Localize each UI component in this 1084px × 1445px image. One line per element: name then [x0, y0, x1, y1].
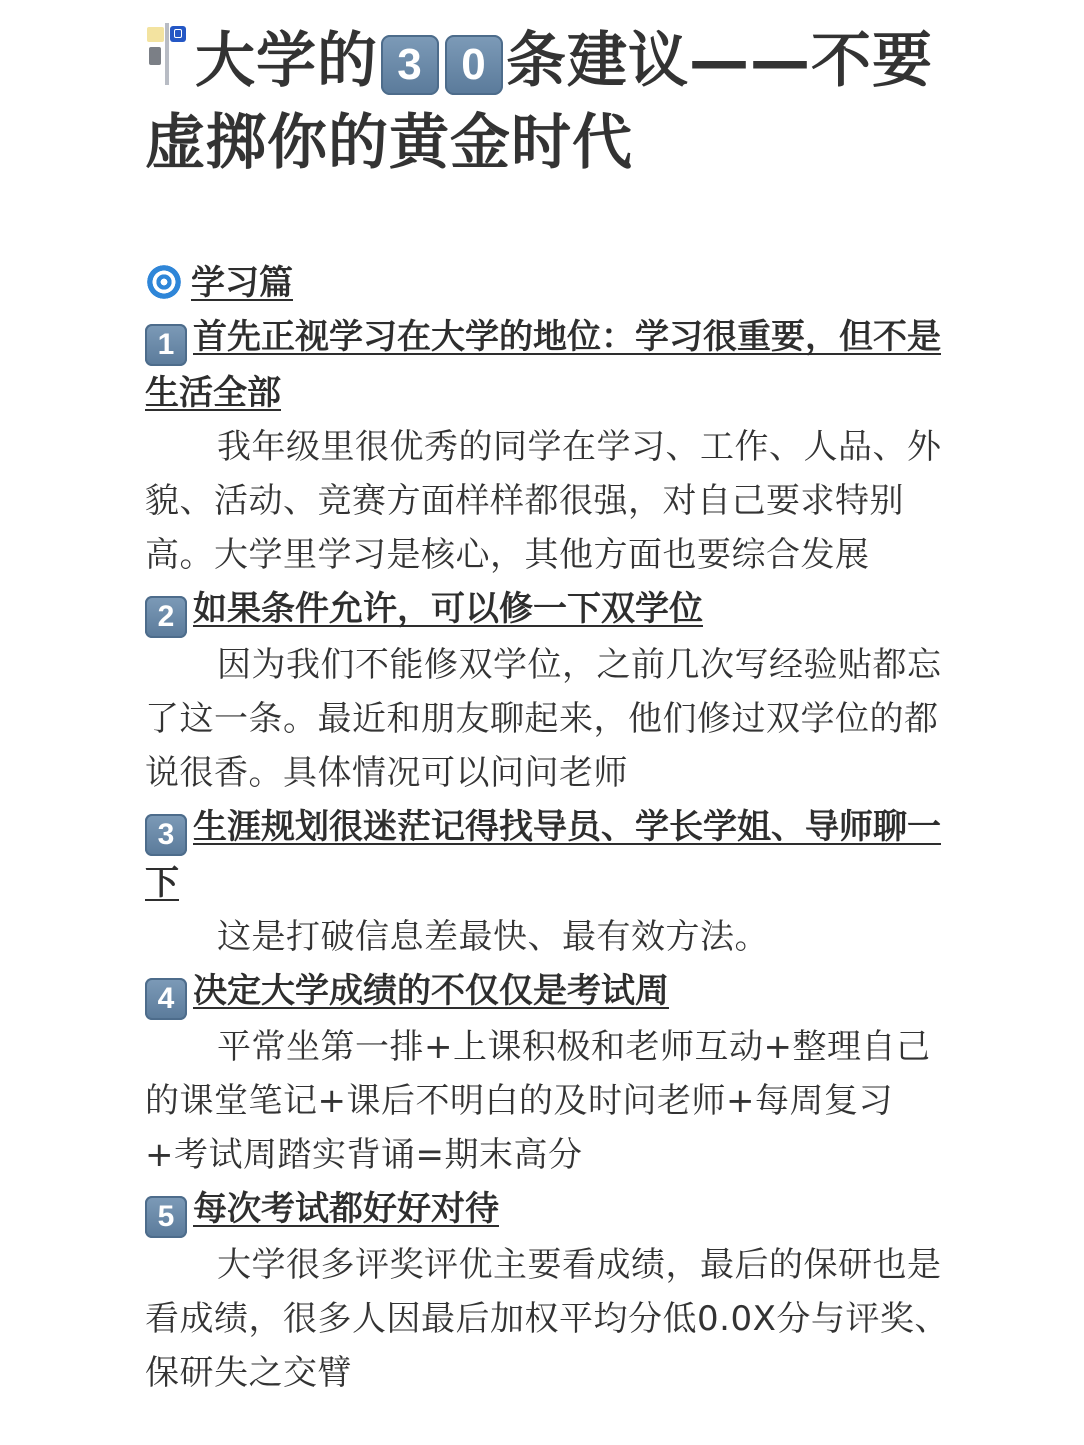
item-body: 因为我们不能修双学位，之前几次写经验贴都忘了这一条。最近和朋友聊起来，他们修过双… [145, 638, 955, 800]
item-body: 大学很多评奖评优主要看成绩，最后的保研也是看成绩，很多人因最后加权平均分低0.0… [145, 1238, 955, 1400]
keycap-1-icon: 1 [145, 324, 187, 366]
keycap-4-icon: 4 [145, 978, 187, 1020]
item-heading-text: 每次考试都好好对待 [193, 1189, 499, 1229]
item-body: 平常坐第一排+上课积极和老师互动+整理自己的课堂笔记+课后不明白的及时问老师+每… [145, 1020, 955, 1182]
item-heading-text: 决定大学成绩的不仅仅是考试周 [193, 971, 669, 1011]
section-heading: 学习篇 [145, 256, 955, 310]
item-heading-text: 如果条件允许，可以修一下双学位 [193, 589, 703, 629]
item-heading: 4决定大学成绩的不仅仅是考试周 [145, 964, 955, 1020]
title-prefix: 大学的 [195, 26, 378, 96]
keycap-3-icon: 3 [145, 814, 187, 856]
advice-item-4: 4决定大学成绩的不仅仅是考试周 平常坐第一排+上课积极和老师互动+整理自己的课堂… [145, 964, 955, 1182]
advice-item-3: 3生涯规划很迷茫记得找导员、学长学姐、导师聊一下 这是打破信息差最快、最有效方法… [145, 800, 955, 964]
article-title: 大学的30条建议——不要虚掷你的黄金时代 [145, 20, 955, 184]
article: 大学的30条建议——不要虚掷你的黄金时代 学习篇 1首先正视学习在大学的地位：学… [145, 20, 955, 1400]
item-heading: 2如果条件允许，可以修一下双学位 [145, 582, 955, 638]
advice-item-2: 2如果条件允许，可以修一下双学位 因为我们不能修双学位，之前几次写经验贴都忘了这… [145, 582, 955, 800]
item-heading-text: 生涯规划很迷茫记得找导员、学长学姐、导师聊一下 [145, 807, 941, 903]
keycap-5-icon: 5 [145, 1196, 187, 1238]
advice-item-1: 1首先正视学习在大学的地位：学习很重要，但不是生活全部 我年级里很优秀的同学在学… [145, 310, 955, 582]
bus-stop-icon [145, 23, 191, 85]
item-heading: 3生涯规划很迷茫记得找导员、学长学姐、导师聊一下 [145, 800, 955, 910]
item-heading-text: 首先正视学习在大学的地位：学习很重要，但不是生活全部 [145, 317, 941, 413]
item-heading: 1首先正视学习在大学的地位：学习很重要，但不是生活全部 [145, 310, 955, 420]
keycap-0-icon: 0 [445, 35, 503, 95]
item-body: 这是打破信息差最快、最有效方法。 [145, 910, 955, 964]
keycap-2-icon: 2 [145, 596, 187, 638]
item-heading: 5每次考试都好好对待 [145, 1182, 955, 1238]
cyclone-icon [145, 263, 183, 301]
item-body: 我年级里很优秀的同学在学习、工作、人品、外貌、活动、竞赛方面样样都很强，对自己要… [145, 420, 955, 582]
section-label: 学习篇 [191, 263, 293, 303]
advice-item-5: 5每次考试都好好对待 大学很多评奖评优主要看成绩，最后的保研也是看成绩，很多人因… [145, 1182, 955, 1400]
keycap-3-icon: 3 [381, 35, 439, 95]
